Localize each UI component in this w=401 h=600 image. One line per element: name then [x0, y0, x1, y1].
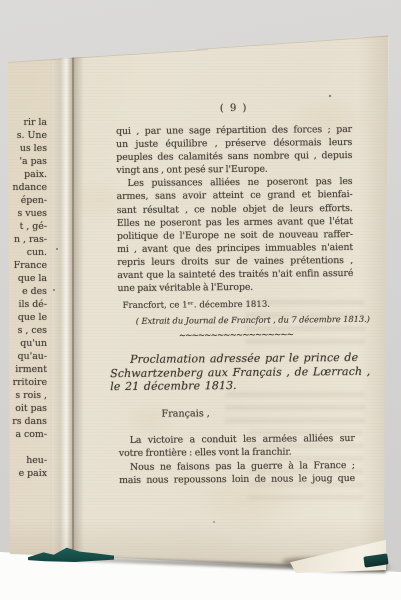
paragraph: Les puissances alliées ne poseront pas l… [116, 175, 353, 295]
text-fragment: 'a pas [2, 155, 47, 168]
text-fragment: ndance [2, 181, 47, 194]
book-page: rir las. Uneus les'a paspaix.ndanceépen-… [0, 0, 401, 600]
squiggle-divider: ~~~~~~~~~~~~~~~~~~ [118, 328, 354, 343]
page-number: ( 9 ) [116, 102, 352, 115]
text-fragment: us les [2, 142, 47, 155]
page-fold-crease [72, 30, 74, 570]
text-line: votre frontière : elles vont la franchir… [119, 445, 355, 460]
heading-line: le 21 décembre 1813. [110, 378, 346, 394]
body-text: qui , par une sage répartition des force… [116, 123, 353, 295]
text-fragment: rir la [2, 116, 47, 129]
text-fragment: n , ras- [2, 233, 47, 246]
text-line: peuples des calamités sans nombre qui , … [116, 149, 352, 164]
text-line: avant que la sainteté des traités n'ait … [117, 267, 353, 282]
page-text-column: ( 9 ) qui , par une sage répartition des… [115, 0, 356, 600]
text-fragment: paix. [2, 168, 47, 181]
text-line: La victoire a conduit les armées alliées… [119, 432, 355, 447]
heading-line: Proclamation adressée par le prince de [110, 351, 346, 367]
text-line: mais nous repoussons loin de nous le jou… [119, 472, 355, 487]
proclamation-heading: Proclamation adressée par le prince deSc… [110, 351, 346, 394]
salutation: Français , [161, 407, 397, 420]
dateline: Francfort, ce 1ᵉʳ. décembre 1813. [123, 299, 359, 311]
text-fragment: s vues [2, 207, 47, 220]
text-line: une paix véritable à l'Europe. [117, 280, 353, 295]
page-fold-seam [50, 28, 84, 576]
paragraph: Nous ne faisons pas la guerre à la Franc… [119, 459, 355, 487]
text-fragment: t , gé- [2, 220, 47, 233]
text-fragment: s. Une [2, 129, 47, 142]
paragraph: La victoire a conduit les armées alliées… [119, 432, 355, 460]
paragraph: qui , par une sage répartition des force… [116, 123, 352, 177]
heading-line: Schwartzenberg aux Français , de Lœrrach… [110, 365, 346, 381]
text-fragment: épen- [2, 194, 47, 207]
photo-scene: rir las. Uneus les'a paspaix.ndanceépen-… [0, 0, 401, 600]
source-citation: ( Extrait du Journal de Francfort , du 7… [136, 314, 372, 326]
